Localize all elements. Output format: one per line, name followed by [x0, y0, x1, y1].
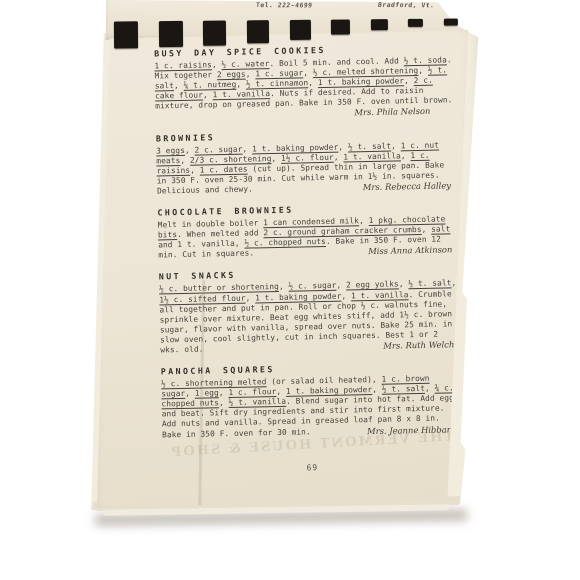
- page-number: 69: [163, 460, 462, 475]
- ingredient: 2 egg yolks: [346, 280, 399, 290]
- ingredient: ½ c. water: [221, 59, 269, 69]
- ingredient: 1 c. dates: [200, 164, 248, 174]
- binding-tooth: [408, 19, 423, 27]
- ingredient: 2 c. sugar: [194, 144, 242, 154]
- ingredient: 2/3 c. shortening: [190, 154, 272, 165]
- ingredient: 1 t. baking powder: [286, 385, 372, 396]
- ingredient: ¼ t. nutmeg: [183, 80, 236, 90]
- ingredient: ½ t. soda: [404, 55, 447, 65]
- ingredient: salt: [431, 224, 450, 233]
- ingredient: 1 c. sugar: [255, 68, 303, 78]
- ingredient: 2 eggs: [217, 70, 246, 80]
- binding-tooth: [114, 21, 138, 48]
- ingredient: ½ t. vanilla: [228, 397, 286, 407]
- ingredient: 1 t. baking powder: [318, 76, 404, 87]
- ingredient: ½ t. salt: [408, 279, 451, 289]
- ingredient: 1 t. vanilla: [351, 290, 409, 300]
- binding-tooth: [203, 21, 226, 46]
- ingredient: ½ t. salt: [382, 384, 425, 394]
- previous-page-tel: Tel. 222-4699: [256, 1, 313, 9]
- binding-tooth: [371, 19, 388, 30]
- ingredient: 3 eggs: [156, 145, 185, 155]
- recipe-section: BROWNIES3 eggs, 2 c. sugar, 1 t. baking …: [156, 127, 456, 197]
- ingredient: ½ c. sugar: [288, 281, 336, 291]
- ingredient: 1 t. baking powder: [255, 291, 341, 302]
- binding-tooth: [331, 19, 350, 34]
- cookbook-page: BUSY DAY SPICE COOKIES1 c. raisins, ½ c.…: [90, 30, 476, 508]
- previous-page-header: Tel. 222-4699 Bradford, Vt.: [106, 0, 468, 14]
- binding-tooth: [158, 21, 182, 47]
- binding-tooth: [247, 20, 269, 43]
- binding-tooth: [289, 20, 310, 40]
- recipe-section: CHOCOLATE BROWNIESMelt in double boiler …: [157, 201, 457, 261]
- ingredient: 1 can condensed milk: [263, 216, 359, 227]
- ingredient: 1 c. raisins: [154, 60, 212, 70]
- photo-scene: Tel. 222-4699 Bradford, Vt. BUSY DAY SPI…: [0, 0, 580, 580]
- comb-binding: [114, 18, 458, 51]
- ingredient: 1 t. vanilla: [212, 89, 270, 99]
- recipe-section: PANOCHA SQUARES½ c. shortening melted (o…: [161, 360, 461, 440]
- ingredient: ½ t. salt: [348, 141, 391, 151]
- ingredient: 1 egg: [195, 388, 219, 398]
- recipe-section: BUSY DAY SPICE COOKIES1 c. raisins, ½ c.…: [154, 42, 454, 122]
- ingredient: 1 t. baking powder: [252, 142, 338, 153]
- previous-page-location: Bradford, Vt.: [378, 1, 435, 9]
- ingredient: 1 t. vanilla: [343, 151, 401, 161]
- recipe-body: 1 c. raisins, ½ c. water. Boil 5 min. an…: [154, 55, 454, 112]
- ingredient: 1 c. flour: [228, 387, 276, 397]
- ingredient: 1½ c. flour: [281, 152, 334, 162]
- ingredient: ½ t. cinnamon: [246, 78, 309, 88]
- binding-tooth: [444, 18, 458, 25]
- ingredient: ½ c. chopped nuts: [244, 237, 326, 248]
